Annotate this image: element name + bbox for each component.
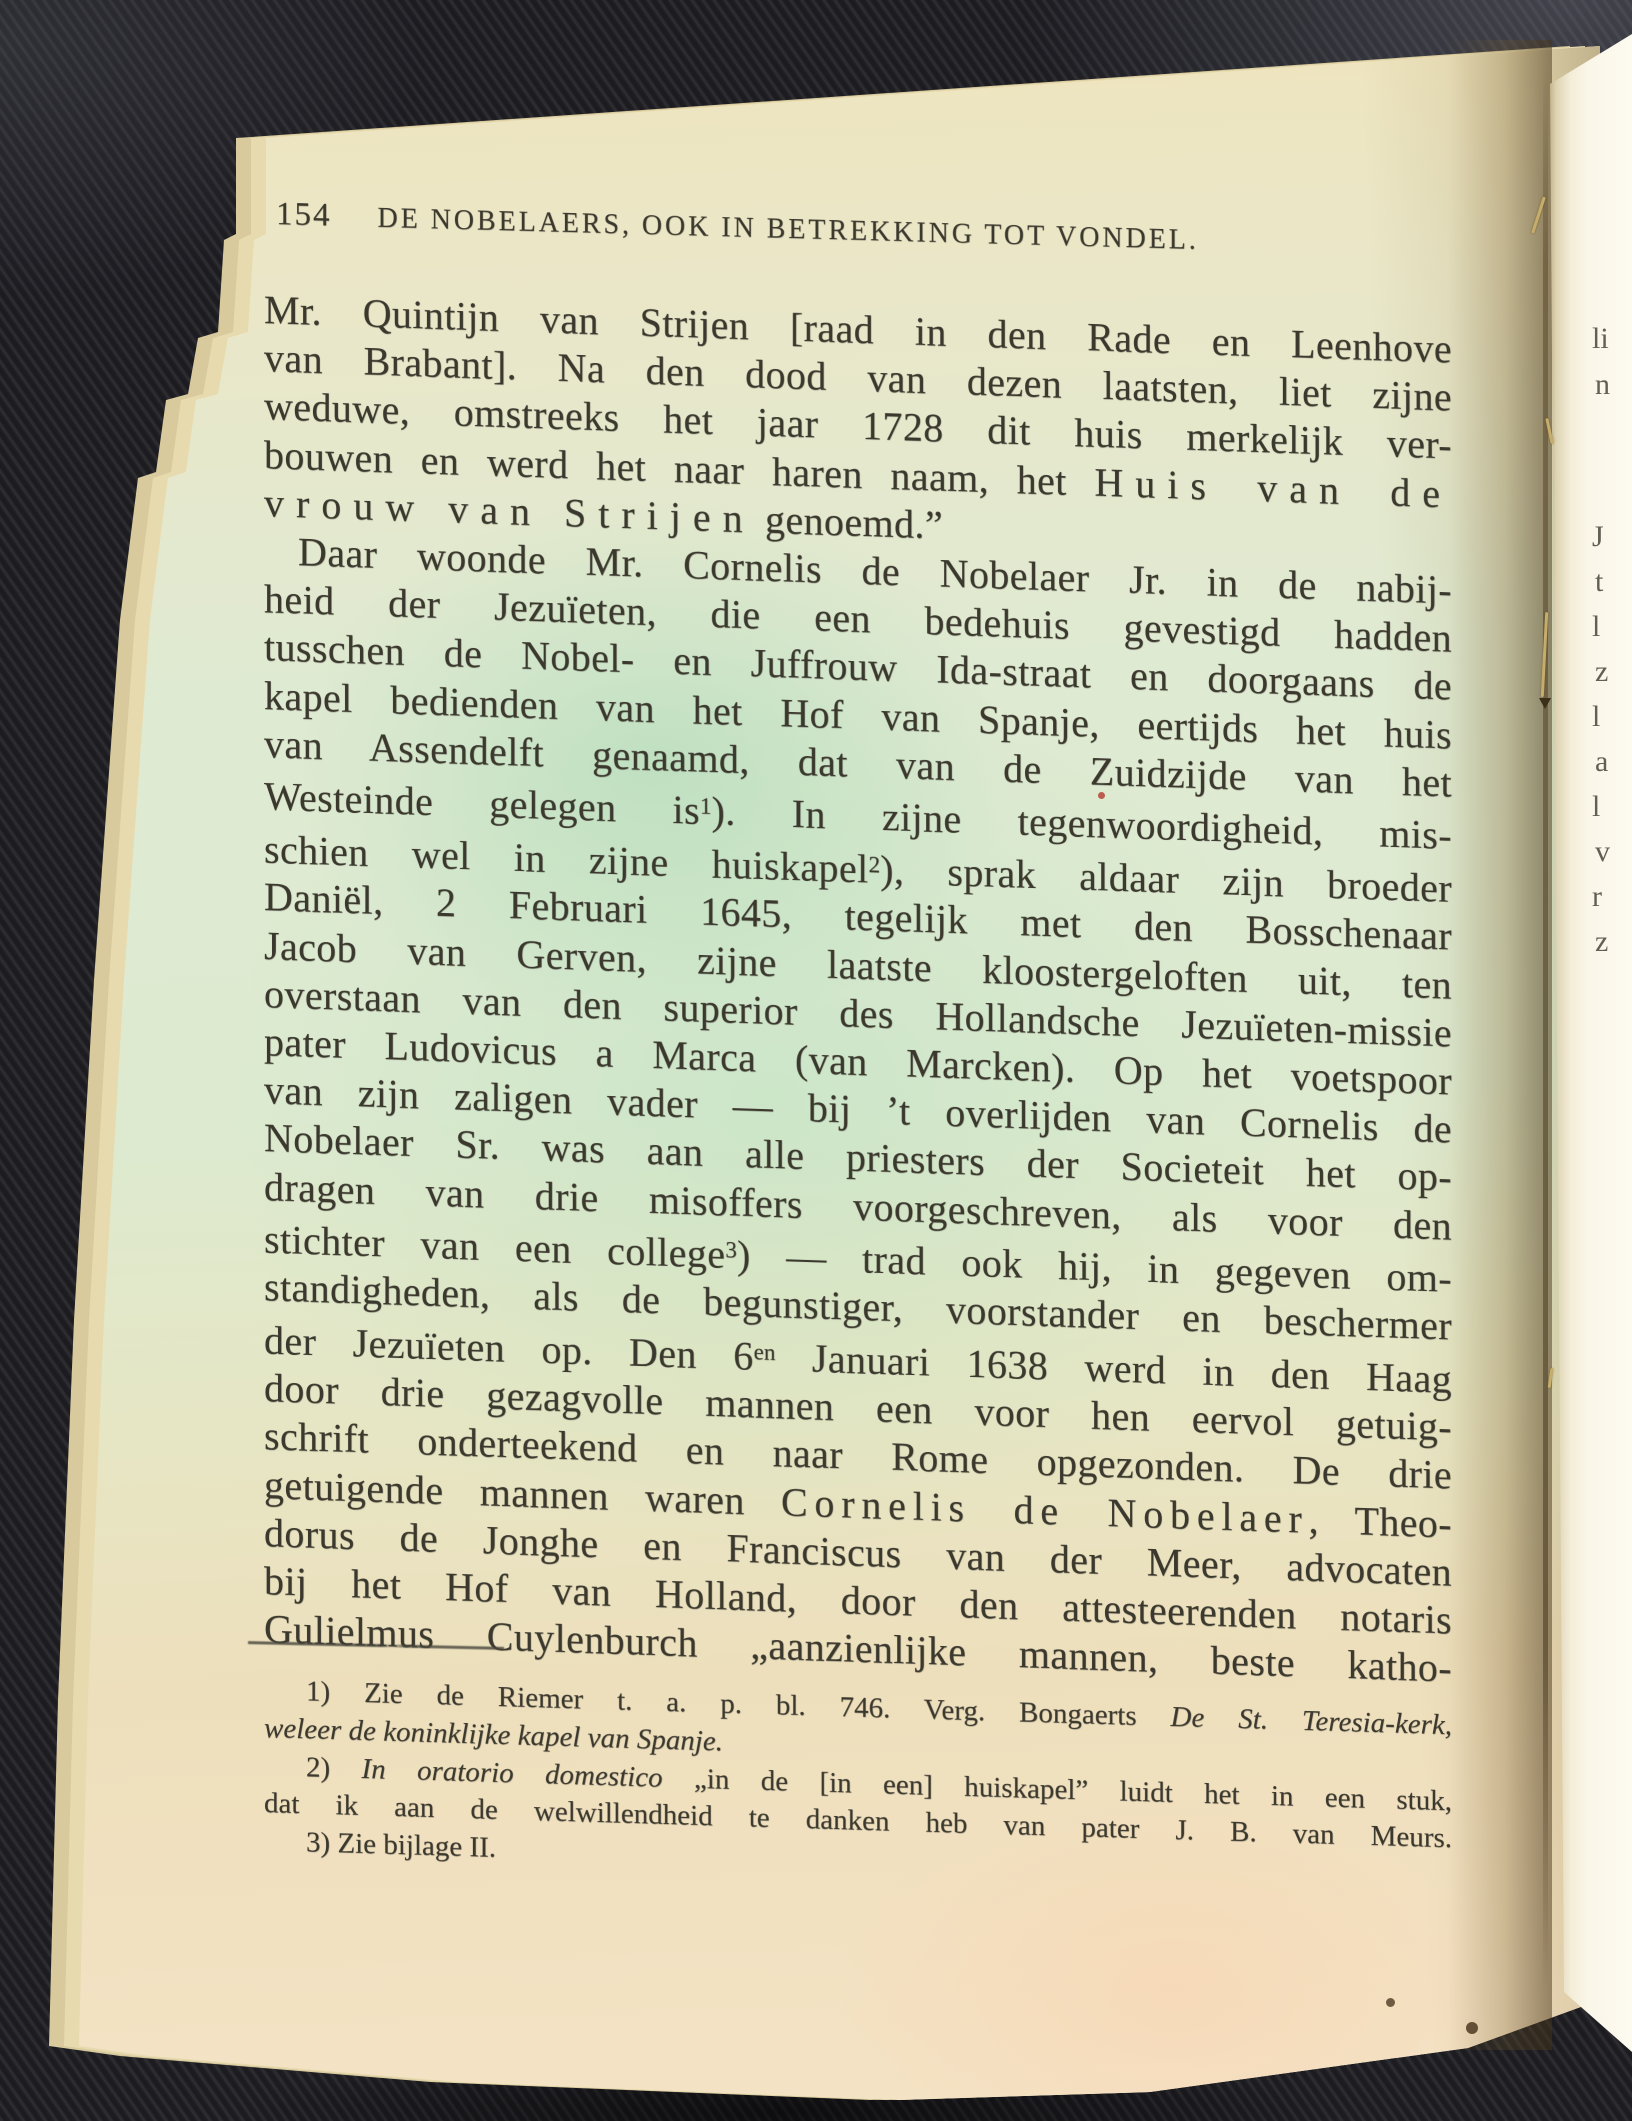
footnotes: 1) Zie de Riemer t. a. p. bl. 746. Verg.… xyxy=(264,1672,1452,1896)
gutter-crease xyxy=(1543,70,1548,1990)
next-page-text-fragment: r xyxy=(1592,880,1602,914)
book-photo: linJtlzlalvrz 154 DE NOBELAERS, OOK IN B… xyxy=(0,0,1632,2121)
page-number: 154 xyxy=(276,196,332,235)
next-page-text-fragment: n xyxy=(1595,368,1610,402)
next-page-text-fragment: v xyxy=(1595,835,1610,869)
paper-speck xyxy=(1466,2022,1478,2034)
gutter-shadow xyxy=(1448,40,1552,2050)
next-page-text-fragment: z xyxy=(1595,655,1608,689)
next-page-text-fragment: li xyxy=(1592,322,1609,356)
next-page-text-fragment: t xyxy=(1595,565,1603,599)
next-page-text-fragment: z xyxy=(1595,925,1608,959)
next-page-text-fragment: l xyxy=(1592,790,1600,824)
next-page-text-fragment: l xyxy=(1592,700,1600,734)
binding-thread xyxy=(1539,698,1551,709)
paper-speck xyxy=(1386,1998,1395,2007)
next-page-text-fragment: J xyxy=(1592,520,1604,554)
body-text: Mr. Quintijn van Strijen [raad in den Ra… xyxy=(264,286,1452,1693)
next-page-text-fragment: a xyxy=(1595,745,1608,779)
next-page-text-fragment: l xyxy=(1592,610,1600,644)
